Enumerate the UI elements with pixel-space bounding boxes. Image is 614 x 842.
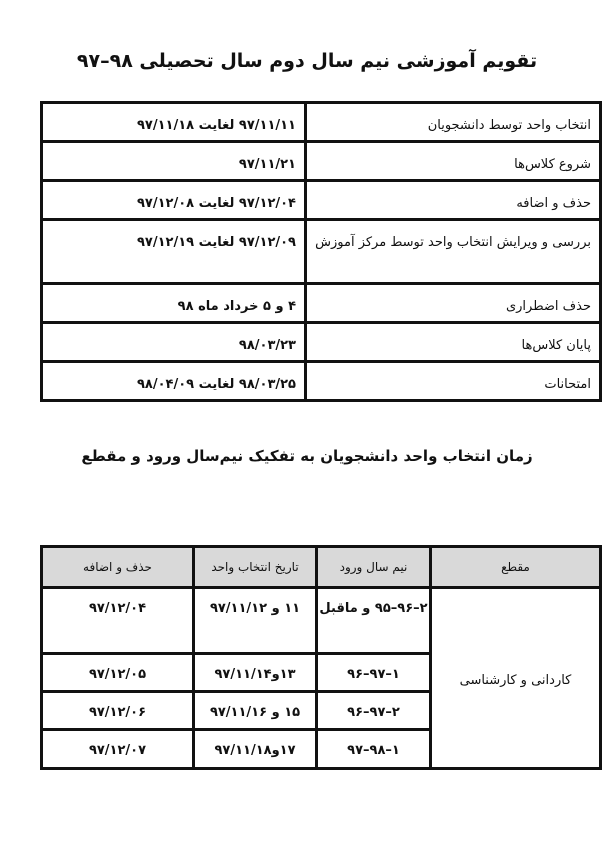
- header-entry-semester: نیم سال ورود: [317, 547, 431, 588]
- selection-date-cell: ۱۷و۹۷/۱۱/۱۸: [194, 730, 317, 769]
- event-label: حذف اضطراری: [306, 284, 601, 323]
- selection-date-cell: ۱۱ و ۹۷/۱۱/۱۲: [194, 588, 317, 654]
- add-drop-cell: ۹۷/۱۲/۰۵: [42, 654, 194, 692]
- entry-semester-cell: ۱–۹۷–۹۶: [317, 654, 431, 692]
- unit-selection-by-entry-table: مقطع نیم سال ورود تاریخ انتخاب واحد حذف …: [40, 545, 602, 770]
- event-date: ۹۸/۰۳/۲۵ لغایت ۹۸/۰۴/۰۹: [42, 362, 306, 401]
- event-label: پایان کلاس‌ها: [306, 323, 601, 362]
- table-row: حذف و اضافه ۹۷/۱۲/۰۴ لغایت ۹۷/۱۲/۰۸: [42, 181, 601, 220]
- header-selection-date: تاریخ انتخاب واحد: [194, 547, 317, 588]
- academic-calendar-table: انتخاب واحد توسط دانشجویان ۹۷/۱۱/۱۱ لغای…: [40, 101, 602, 402]
- page-title: تقویم آموزشی نیم سال دوم سال تحصیلی ۹۸–۹…: [0, 50, 614, 72]
- table-header-row: مقطع نیم سال ورود تاریخ انتخاب واحد حذف …: [42, 547, 601, 588]
- selection-date-cell: ۱۳و۹۷/۱۱/۱۴: [194, 654, 317, 692]
- selection-date-cell: ۱۵ و ۹۷/۱۱/۱۶: [194, 692, 317, 730]
- entry-semester-cell: ۲–۹۶–۹۵ و ماقبل: [317, 588, 431, 654]
- event-date: ۹۷/۱۲/۰۹ لغایت ۹۷/۱۲/۱۹: [42, 220, 306, 284]
- section-subtitle: زمان انتخاب واحد دانشجویان به تفکیک نیم‌…: [0, 447, 614, 465]
- event-date: ۹۸/۰۳/۲۳: [42, 323, 306, 362]
- header-level: مقطع: [431, 547, 601, 588]
- add-drop-cell: ۹۷/۱۲/۰۷: [42, 730, 194, 769]
- event-label: بررسی و ویرایش انتخاب واحد توسط مرکز آمو…: [306, 220, 601, 284]
- table-row: انتخاب واحد توسط دانشجویان ۹۷/۱۱/۱۱ لغای…: [42, 103, 601, 142]
- table-row: کاردانی و کارشناسی ۲–۹۶–۹۵ و ماقبل ۱۱ و …: [42, 588, 601, 654]
- add-drop-cell: ۹۷/۱۲/۰۴: [42, 588, 194, 654]
- table-row: بررسی و ویرایش انتخاب واحد توسط مرکز آمو…: [42, 220, 601, 284]
- event-date: ۹۷/۱۱/۱۱ لغایت ۹۷/۱۱/۱۸: [42, 103, 306, 142]
- add-drop-cell: ۹۷/۱۲/۰۶: [42, 692, 194, 730]
- event-date: ۹۷/۱۲/۰۴ لغایت ۹۷/۱۲/۰۸: [42, 181, 306, 220]
- table-row: حذف اضطراری ۴ و ۵ خرداد ماه ۹۸: [42, 284, 601, 323]
- event-label: شروع کلاس‌ها: [306, 142, 601, 181]
- event-label: حذف و اضافه: [306, 181, 601, 220]
- table-row: امتحانات ۹۸/۰۳/۲۵ لغایت ۹۸/۰۴/۰۹: [42, 362, 601, 401]
- event-label: امتحانات: [306, 362, 601, 401]
- entry-semester-cell: ۱–۹۸–۹۷: [317, 730, 431, 769]
- level-cell: کاردانی و کارشناسی: [431, 588, 601, 769]
- entry-semester-cell: ۲–۹۷–۹۶: [317, 692, 431, 730]
- event-date: ۹۷/۱۱/۲۱: [42, 142, 306, 181]
- event-label: انتخاب واحد توسط دانشجویان: [306, 103, 601, 142]
- event-date: ۴ و ۵ خرداد ماه ۹۸: [42, 284, 306, 323]
- header-add-drop: حذف و اضافه: [42, 547, 194, 588]
- table-row: شروع کلاس‌ها ۹۷/۱۱/۲۱: [42, 142, 601, 181]
- table-row: پایان کلاس‌ها ۹۸/۰۳/۲۳: [42, 323, 601, 362]
